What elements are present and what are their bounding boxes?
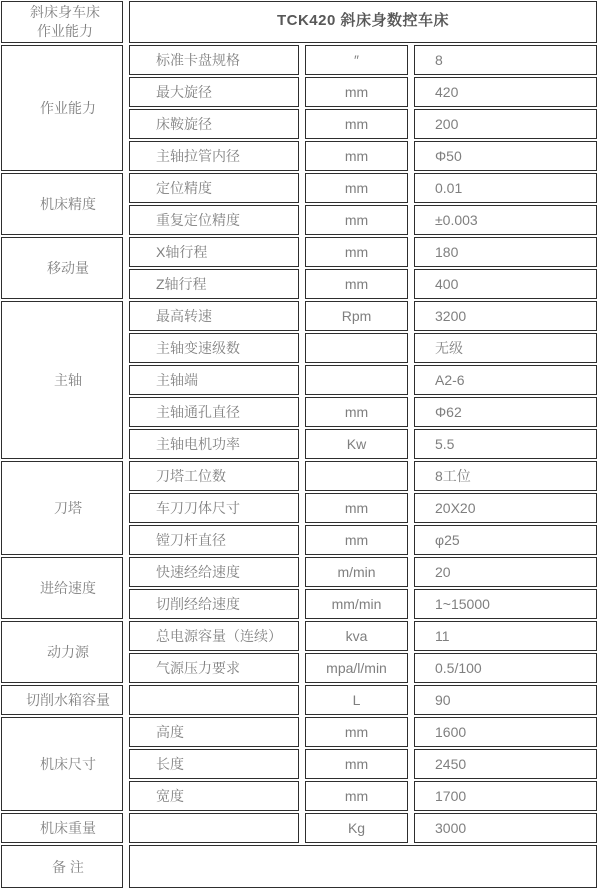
category-cell: 机床尺寸 bbox=[1, 717, 123, 811]
param-name-cell: 刀塔工位数 bbox=[129, 461, 299, 491]
param-name-cell: 总电源容量（连续） bbox=[129, 621, 299, 651]
param-name-cell: 主轴电机功率 bbox=[129, 429, 299, 459]
category-cell: 进给速度 bbox=[1, 557, 123, 619]
value-cell: 200 bbox=[414, 109, 597, 139]
param-name-cell: 最高转速 bbox=[129, 301, 299, 331]
value-cell: 2450 bbox=[414, 749, 597, 779]
category-cell: 作业能力 bbox=[1, 45, 123, 171]
value-cell: 20X20 bbox=[414, 493, 597, 523]
category-cell: 机床重量 bbox=[1, 813, 123, 843]
unit-cell: kva bbox=[305, 621, 408, 651]
param-name-cell: 气源压力要求 bbox=[129, 653, 299, 683]
param-name-cell: 切削经给速度 bbox=[129, 589, 299, 619]
category-cell: 机床精度 bbox=[1, 173, 123, 235]
category-cell: 主轴 bbox=[1, 301, 123, 459]
value-cell: φ25 bbox=[414, 525, 597, 555]
param-name-cell: X轴行程 bbox=[129, 237, 299, 267]
param-name-cell: 快速经给速度 bbox=[129, 557, 299, 587]
value-cell: 420 bbox=[414, 77, 597, 107]
unit-cell: Rpm bbox=[305, 301, 408, 331]
spec-table: 斜床身车床 作业能力 TCK420 斜床身数控车床 作业能力标准卡盘规格″8最大… bbox=[0, 0, 597, 888]
unit-cell: mm bbox=[305, 269, 408, 299]
header-title-cell: TCK420 斜床身数控车床 bbox=[129, 1, 597, 43]
value-cell: 3000 bbox=[414, 813, 597, 843]
header-category-line1: 斜床身车床 bbox=[30, 3, 100, 22]
unit-cell: Kg bbox=[305, 813, 408, 843]
param-name-cell: 重复定位精度 bbox=[129, 205, 299, 235]
unit-cell: mm bbox=[305, 141, 408, 171]
unit-cell: mm bbox=[305, 397, 408, 427]
param-name-cell: 定位精度 bbox=[129, 173, 299, 203]
value-cell: 1~15000 bbox=[414, 589, 597, 619]
value-cell: ±0.003 bbox=[414, 205, 597, 235]
unit-cell: mm bbox=[305, 525, 408, 555]
param-name-cell: Z轴行程 bbox=[129, 269, 299, 299]
unit-cell: mm/min bbox=[305, 589, 408, 619]
unit-cell: mm bbox=[305, 493, 408, 523]
param-name-cell: 宽度 bbox=[129, 781, 299, 811]
value-cell: 20 bbox=[414, 557, 597, 587]
value-cell: 180 bbox=[414, 237, 597, 267]
unit-cell: mm bbox=[305, 749, 408, 779]
param-name-cell: 主轴变速级数 bbox=[129, 333, 299, 363]
value-cell: 无级 bbox=[414, 333, 597, 363]
param-name-cell: 床鞍旋径 bbox=[129, 109, 299, 139]
param-name-cell: 主轴通孔直径 bbox=[129, 397, 299, 427]
value-cell: Φ62 bbox=[414, 397, 597, 427]
value-cell: A2-6 bbox=[414, 365, 597, 395]
param-name-cell bbox=[129, 685, 299, 715]
remarks-empty-cell bbox=[129, 845, 597, 888]
header-category-line2: 作业能力 bbox=[37, 22, 93, 41]
unit-cell: mm bbox=[305, 717, 408, 747]
unit-cell: mm bbox=[305, 781, 408, 811]
param-name-cell: 主轴端 bbox=[129, 365, 299, 395]
unit-cell: mm bbox=[305, 205, 408, 235]
param-name-cell: 镗刀杆直径 bbox=[129, 525, 299, 555]
value-cell: 400 bbox=[414, 269, 597, 299]
header-category-cell: 斜床身车床 作业能力 bbox=[1, 1, 123, 43]
category-cell: 备 注 bbox=[1, 845, 123, 888]
value-cell: 8 bbox=[414, 45, 597, 75]
param-name-cell: 主轴拉管内径 bbox=[129, 141, 299, 171]
unit-cell: L bbox=[305, 685, 408, 715]
value-cell: 0.5/100 bbox=[414, 653, 597, 683]
value-cell: 8工位 bbox=[414, 461, 597, 491]
param-name-cell: 标准卡盘规格 bbox=[129, 45, 299, 75]
unit-cell bbox=[305, 461, 408, 491]
param-name-cell bbox=[129, 813, 299, 843]
value-cell: Φ50 bbox=[414, 141, 597, 171]
unit-cell bbox=[305, 333, 408, 363]
unit-cell: mm bbox=[305, 173, 408, 203]
unit-cell: Kw bbox=[305, 429, 408, 459]
param-name-cell: 高度 bbox=[129, 717, 299, 747]
category-cell: 动力源 bbox=[1, 621, 123, 683]
value-cell: 1700 bbox=[414, 781, 597, 811]
param-name-cell: 车刀刀体尺寸 bbox=[129, 493, 299, 523]
value-cell: 90 bbox=[414, 685, 597, 715]
unit-cell: mm bbox=[305, 109, 408, 139]
param-name-cell: 最大旋径 bbox=[129, 77, 299, 107]
category-cell: 切削水箱容量 bbox=[1, 685, 123, 715]
value-cell: 5.5 bbox=[414, 429, 597, 459]
table-title: TCK420 斜床身数控车床 bbox=[277, 9, 449, 30]
unit-cell: mpa/l/min bbox=[305, 653, 408, 683]
category-cell: 刀塔 bbox=[1, 461, 123, 555]
unit-cell: mm bbox=[305, 237, 408, 267]
unit-cell: m/min bbox=[305, 557, 408, 587]
category-cell: 移动量 bbox=[1, 237, 123, 299]
unit-cell: ″ bbox=[305, 45, 408, 75]
unit-cell: mm bbox=[305, 77, 408, 107]
param-name-cell: 长度 bbox=[129, 749, 299, 779]
value-cell: 1600 bbox=[414, 717, 597, 747]
value-cell: 11 bbox=[414, 621, 597, 651]
value-cell: 3200 bbox=[414, 301, 597, 331]
unit-cell bbox=[305, 365, 408, 395]
value-cell: 0.01 bbox=[414, 173, 597, 203]
